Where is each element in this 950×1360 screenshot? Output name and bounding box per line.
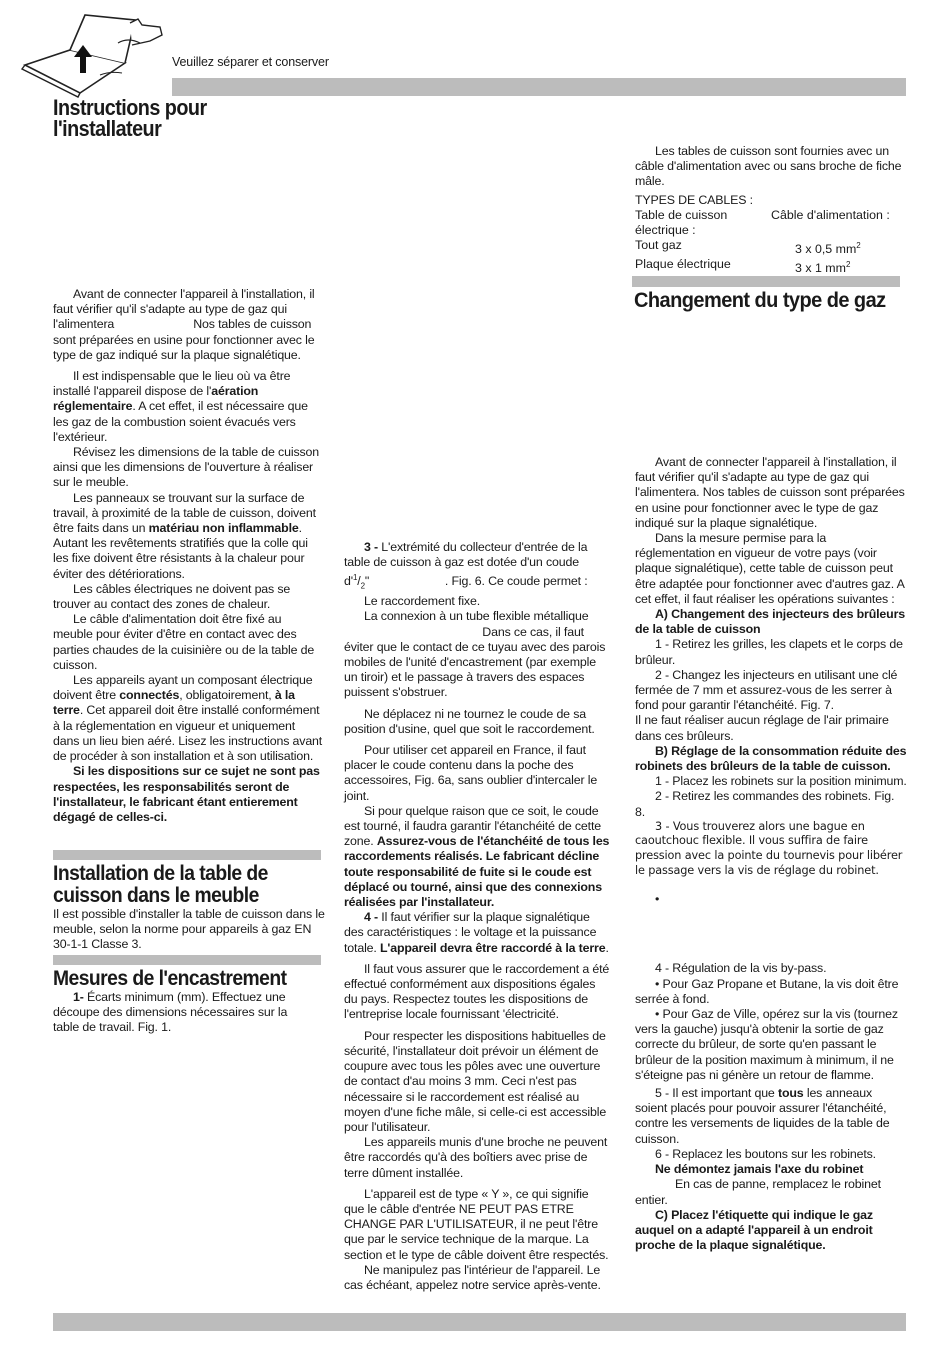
paragraph-after-sales: Ne manipulez pas l'intérieur de l'appare…: [344, 1263, 610, 1293]
paragraph-plug: Les appareils munis d'une broche ne peuv…: [344, 1135, 610, 1181]
paragraph-france-usage: Pour utiliser cet appareil en France, il…: [344, 743, 610, 804]
page-title: Instructions pour l'installateur: [53, 97, 207, 139]
step-replace-knobs: 6 - Replacez les boutons sur les robinet…: [635, 1147, 907, 1162]
paragraph-panels: Les panneaux se trouvant sur la surface …: [53, 491, 323, 582]
bullet-town-gas: • Pour Gaz de Ville, opérez sur la vis (…: [635, 1007, 907, 1083]
note-primary-air: Il ne faut réaliser aucun réglage de l'a…: [635, 713, 907, 743]
column-2: 3 - L'extrémité du collecteur d'entrée d…: [344, 540, 610, 1293]
paragraph-power-cable: Le câble d'alimentation doit être fixé a…: [53, 612, 323, 673]
paragraph-dimensions: Révisez les dimensions de la table de cu…: [53, 445, 323, 491]
table-row: Tout gaz3 x 0,5 mm2: [635, 238, 903, 257]
paragraph-regulations: Il faut vous assurer que le raccordement…: [344, 962, 610, 1023]
section-divider-bar: [53, 955, 321, 965]
step-rings: 5 - Il est important que tous les anneau…: [635, 1086, 907, 1147]
paragraph-cables: Les câbles électriques ne doivent pas se…: [53, 582, 323, 612]
step-change-injectors: 2 - Changez les injecteurs en utilisant …: [635, 668, 907, 714]
paragraph-adaptation: Dans la mesure permise para la réglement…: [635, 531, 907, 607]
step-minimum-position: 1 - Placez les robinets sur la position …: [635, 774, 907, 789]
paragraph-clearances: 1- Écarts minimum (mm). Effectuez une dé…: [53, 990, 303, 1036]
footer-divider-bar: [53, 1313, 906, 1331]
paragraph-liability-warning: Si les dispositions sur ce sujet ne sont…: [53, 764, 323, 825]
column-1: Avant de connecter l'appareil à l'instal…: [53, 287, 323, 825]
header-divider-bar: [172, 78, 906, 96]
paragraph-cable-supply: Les tables de cuisson sont fournies avec…: [635, 144, 903, 190]
section-heading-measurements: Mesures de l'encastrement: [53, 968, 286, 990]
hand-separating-booklet-icon: [10, 5, 170, 100]
paragraph-earthing: Les appareils ayant un composant électri…: [53, 673, 323, 764]
section-heading-gas-change: Changement du type de gaz: [634, 288, 886, 312]
section-heading-installation: Installation de la table decuisson dans …: [53, 863, 268, 907]
warning-valve-axis: Ne démontez jamais l'axe du robinet: [635, 1162, 907, 1177]
paragraph-rating-plate: 4 - Il faut vérifier sur la plaque signa…: [344, 910, 610, 956]
paragraph-safety-cutoff: Pour respecter les dispositions habituel…: [344, 1029, 610, 1135]
paragraph-elbow-rotated: Si pour quelque raison que ce soit, le c…: [344, 804, 610, 910]
section-divider-bar: [53, 850, 321, 860]
column-3-body: Avant de connecter l'appareil à l'instal…: [635, 455, 907, 1253]
subheading-label: C) Placez l'étiquette qui indique le gaz…: [635, 1208, 907, 1254]
note-replace-valve: En cas de panne, remplacez le robinet en…: [635, 1177, 907, 1207]
separate-and-keep-notice: Veuillez séparer et conserver: [172, 55, 329, 70]
table-row: Plaque électrique3 x 1 mm2: [635, 257, 903, 276]
step-bypass-screw: 4 - Régulation de la vis by-pass.: [635, 961, 907, 976]
column-3: Les tables de cuisson sont fournies avec…: [635, 144, 903, 276]
paragraph-flexible-tube: La connexion à un tube flexible métalliq…: [344, 609, 610, 700]
paragraph-type-y: L'appareil est de type « Y », ce qui sig…: [344, 1187, 610, 1263]
paragraph-elbow: 3 - L'extrémité du collecteur d'entrée d…: [344, 540, 610, 594]
bullet-propane-butane: • Pour Gaz Propane et Butane, la vis doi…: [635, 977, 907, 1007]
paragraph-installation-norm: Il est possible d'installer la table de …: [53, 907, 325, 953]
step-rubber-ring: 3 - Vous trouverez alors une bague en ca…: [635, 820, 907, 878]
bullet-placeholder: •: [635, 892, 907, 907]
subheading-injectors: A) Changement des injecteurs des brûleur…: [635, 607, 907, 637]
paragraph-fixed-connection: Le raccordement fixe.: [344, 594, 610, 609]
cable-types-table: Table de cuisson électrique :Câble d'ali…: [635, 208, 903, 276]
subheading-reduced-consumption: B) Réglage de la consommation réduite de…: [635, 744, 907, 774]
cable-types-title: TYPES DE CABLES :: [635, 193, 903, 208]
step-remove-controls: 2 - Retirez les commandes des robinets. …: [635, 789, 907, 819]
paragraph-ventilation: Il est indispensable que le lieu où va ê…: [53, 369, 323, 445]
paragraph-do-not-move-elbow: Ne déplacez ni ne tournez le coude de sa…: [344, 707, 610, 737]
paragraph-gas-check: Avant de connecter l'appareil à l'instal…: [635, 455, 907, 531]
paragraph-gas-check: Avant de connecter l'appareil à l'instal…: [53, 287, 323, 363]
section-divider-bar: [632, 276, 900, 287]
step-remove-grids: 1 - Retirez les grilles, les clapets et …: [635, 637, 907, 667]
